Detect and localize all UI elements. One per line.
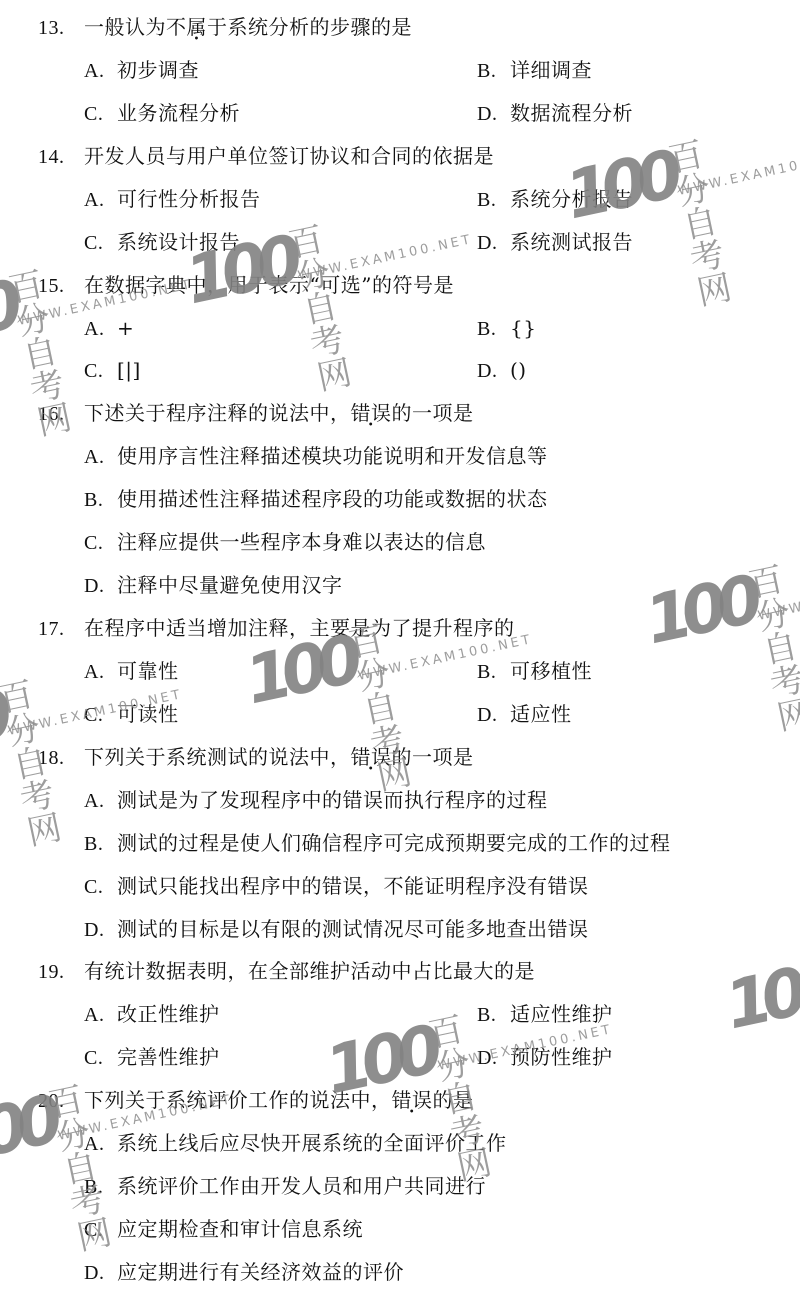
stem-text: 一般认为 [84, 15, 166, 39]
watermark-url: WWW.EXAM100.NET [677, 148, 800, 198]
option-letter: D. [477, 702, 510, 728]
option-text: 完善性维护 [117, 1045, 220, 1069]
option-letter: A. [84, 1131, 117, 1157]
option-text: 注释应提供一些程序本身难以表达的信息 [117, 530, 486, 554]
option-text: 使用序言性注释描述模块功能说明和开发信息等 [117, 444, 548, 468]
stem-text: 下列关于系统评价工作的说法中， [84, 1088, 392, 1112]
option-letter: D. [84, 573, 117, 599]
option-letter: C. [84, 874, 117, 900]
option-text: 可读性 [117, 702, 179, 726]
option-text: 注释中尽量避免使用汉字 [117, 573, 343, 597]
option-letter: C. [84, 358, 117, 384]
watermark: 100 百分自考网 WWW.EXAM100.NET [0, 273, 19, 360]
option-letter: C. [84, 1045, 117, 1071]
option-13-b: B.详细调查 [477, 57, 592, 84]
option-text: 使用描述性注释描述程序段的功能或数据的状态 [117, 487, 548, 511]
option-letter: B. [84, 1174, 117, 1200]
option-text: [|] [117, 358, 141, 382]
stem-text: 下述关于程序注释的说法中， [84, 401, 351, 425]
option-text: 数据流程分析 [510, 101, 633, 125]
option-17-d: D.适应性 [477, 701, 572, 728]
question-number: 14. [38, 144, 84, 170]
option-letter: A. [84, 58, 117, 84]
option-19-b: B.适应性维护 [477, 1001, 613, 1028]
watermark-logo: 100 [0, 677, 10, 775]
option-19-c: C.完善性维护 [84, 1044, 220, 1071]
option-letter: C. [84, 530, 117, 556]
question-13-stem: 13.一般认为不属于系统分析的步骤的是 [38, 14, 412, 41]
option-18-b: B.测试的过程是使人们确信程序可完成预期要完成的工作的过程 [84, 830, 671, 857]
stem-text: 的一项是 [392, 745, 474, 769]
option-letter: C. [84, 230, 117, 256]
option-13-c: C.业务流程分析 [84, 100, 240, 127]
option-text: () [510, 358, 527, 382]
option-16-b: B.使用描述性注释描述程序段的功能或数据的状态 [84, 486, 548, 513]
option-text: 可行性分析报告 [117, 187, 261, 211]
option-text: 适应性 [510, 702, 572, 726]
option-16-a: A.使用序言性注释描述模块功能说明和开发信息等 [84, 443, 548, 470]
option-text: 测试的目标是以有限的测试情况尽可能多地查出错误 [117, 917, 589, 941]
option-15-d: D.() [477, 357, 527, 384]
watermark-name: 百分自考网 [286, 222, 356, 396]
question-19-stem: 19.有统计数据表明，在全部维护活动中占比最大的是 [38, 958, 535, 985]
option-text: + [117, 316, 134, 340]
option-15-b: B.{} [477, 315, 536, 342]
option-letter: D. [477, 101, 510, 127]
question-15-stem: 15.在数据字典中，用于表示“可选”的符号是 [38, 272, 454, 299]
option-15-c: C.[|] [84, 357, 141, 384]
question-number: 17. [38, 616, 84, 642]
option-letter: B. [477, 58, 510, 84]
option-letter: D. [84, 1260, 117, 1286]
question-number: 13. [38, 15, 84, 41]
option-letter: D. [477, 230, 510, 256]
option-text: 应定期检查和审计信息系统 [117, 1217, 363, 1241]
question-number: 20. [38, 1088, 84, 1114]
option-letter: A. [84, 1002, 117, 1028]
option-letter: D. [84, 917, 117, 943]
question-20-stem: 20.下列关于系统评价工作的说法中，错误的是 [38, 1087, 474, 1114]
watermark-logo: 100 [639, 562, 760, 660]
option-letter: B. [84, 831, 117, 857]
option-text: 可靠性 [117, 659, 179, 683]
emphasis-text: 错误 [351, 401, 392, 425]
option-letter: B. [477, 187, 510, 213]
option-letter: B. [477, 1002, 510, 1028]
option-17-c: C.可读性 [84, 701, 179, 728]
option-letter: B. [477, 316, 510, 342]
option-text: 测试是为了发现程序中的错误而执行程序的过程 [117, 788, 548, 812]
option-letter: A. [84, 788, 117, 814]
option-20-a: A.系统上线后应尽快开展系统的全面评价工作 [84, 1130, 507, 1157]
option-13-d: D.数据流程分析 [477, 100, 633, 127]
option-18-a: A.测试是为了发现程序中的错误而执行程序的过程 [84, 787, 548, 814]
stem-text: 下列关于系统测试的说法中， [84, 745, 351, 769]
watermark: 100 百分自考网 WWW.EXAM100.NET [0, 683, 9, 770]
option-18-c: C.测试只能找出程序中的错误，不能证明程序没有错误 [84, 873, 589, 900]
stem-text: 在数据字典中，用于表示“可选”的符号是 [84, 273, 454, 297]
option-letter: A. [84, 444, 117, 470]
option-16-c: C.注释应提供一些程序本身难以表达的信息 [84, 529, 486, 556]
option-text: {} [510, 316, 536, 340]
stem-text: 有统计数据表明，在全部维护活动中占比最大的是 [84, 959, 535, 983]
option-15-a: A.+ [84, 315, 134, 342]
option-14-a: A.可行性分析报告 [84, 186, 261, 213]
option-text: 可移植性 [510, 659, 592, 683]
option-text: 系统测试报告 [510, 230, 633, 254]
option-17-a: A.可靠性 [84, 658, 179, 685]
option-text: 适应性维护 [510, 1002, 613, 1026]
option-text: 系统设计报告 [117, 230, 240, 254]
option-text: 应定期进行有关经济效益的评价 [117, 1260, 404, 1284]
question-number: 16. [38, 401, 84, 427]
option-letter: C. [84, 1217, 117, 1243]
option-letter: C. [84, 101, 117, 127]
option-letter: D. [477, 358, 510, 384]
option-19-d: D.预防性维护 [477, 1044, 613, 1071]
option-20-c: C.应定期检查和审计信息系统 [84, 1216, 363, 1243]
watermark-name: 百分自考网 [746, 562, 800, 736]
question-number: 18. [38, 745, 84, 771]
question-17-stem: 17.在程序中适当增加注释，主要是为了提升程序的 [38, 615, 515, 642]
option-14-d: D.系统测试报告 [477, 229, 633, 256]
stem-text: 系统分析的步骤的是 [228, 15, 413, 39]
option-letter: C. [84, 702, 117, 728]
emphasis-text: 不属于 [166, 15, 228, 39]
option-14-c: C.系统设计报告 [84, 229, 240, 256]
option-letter: A. [84, 659, 117, 685]
option-letter: A. [84, 316, 117, 342]
stem-text: 的是 [433, 1088, 474, 1112]
option-20-b: B.系统评价工作由开发人员和用户共同进行 [84, 1173, 486, 1200]
emphasis-text: 错误 [351, 745, 392, 769]
question-18-stem: 18.下列关于系统测试的说法中，错误的一项是 [38, 744, 474, 771]
question-16-stem: 16.下述关于程序注释的说法中，错误的一项是 [38, 400, 474, 427]
option-text: 详细调查 [510, 58, 592, 82]
question-number: 15. [38, 273, 84, 299]
watermark-logo: 100 [0, 267, 20, 365]
option-letter: D. [477, 1045, 510, 1071]
option-17-b: B.可移植性 [477, 658, 592, 685]
option-19-a: A.改正性维护 [84, 1001, 220, 1028]
watermark-url: WWW.EXAM100.NET [757, 573, 800, 623]
option-text: 系统评价工作由开发人员和用户共同进行 [117, 1174, 486, 1198]
question-number: 19. [38, 959, 84, 985]
option-text: 改正性维护 [117, 1002, 220, 1026]
option-16-d: D.注释中尽量避免使用汉字 [84, 572, 343, 599]
stem-text: 的一项是 [392, 401, 474, 425]
watermark-name: 百分自考网 [666, 137, 736, 311]
option-text: 测试只能找出程序中的错误，不能证明程序没有错误 [117, 874, 589, 898]
stem-text: 开发人员与用户单位签订协议和合同的依据是 [84, 144, 494, 168]
option-letter: B. [477, 659, 510, 685]
stem-text: 在程序中适当增加注释，主要是为了提升程序的 [84, 616, 515, 640]
option-text: 初步调查 [117, 58, 199, 82]
watermark: 100 百分自考网 WWW.EXAM100.NET [720, 953, 800, 1040]
option-text: 系统分析报告 [510, 187, 633, 211]
option-20-d: D.应定期进行有关经济效益的评价 [84, 1259, 404, 1286]
option-text: 业务流程分析 [117, 101, 240, 125]
watermark-logo: 100 [719, 947, 800, 1045]
option-18-d: D.测试的目标是以有限的测试情况尽可能多地查出错误 [84, 916, 589, 943]
watermark: 100 百分自考网 WWW.EXAM100.NET [640, 568, 759, 655]
option-text: 预防性维护 [510, 1045, 613, 1069]
option-14-b: B.系统分析报告 [477, 186, 633, 213]
question-14-stem: 14.开发人员与用户单位签订协议和合同的依据是 [38, 143, 494, 170]
emphasis-text: 错误 [392, 1088, 433, 1112]
option-letter: B. [84, 487, 117, 513]
option-text: 系统上线后应尽快开展系统的全面评价工作 [117, 1131, 507, 1155]
option-letter: A. [84, 187, 117, 213]
option-13-a: A.初步调查 [84, 57, 199, 84]
option-text: 测试的过程是使人们确信程序可完成预期要完成的工作的过程 [117, 831, 671, 855]
